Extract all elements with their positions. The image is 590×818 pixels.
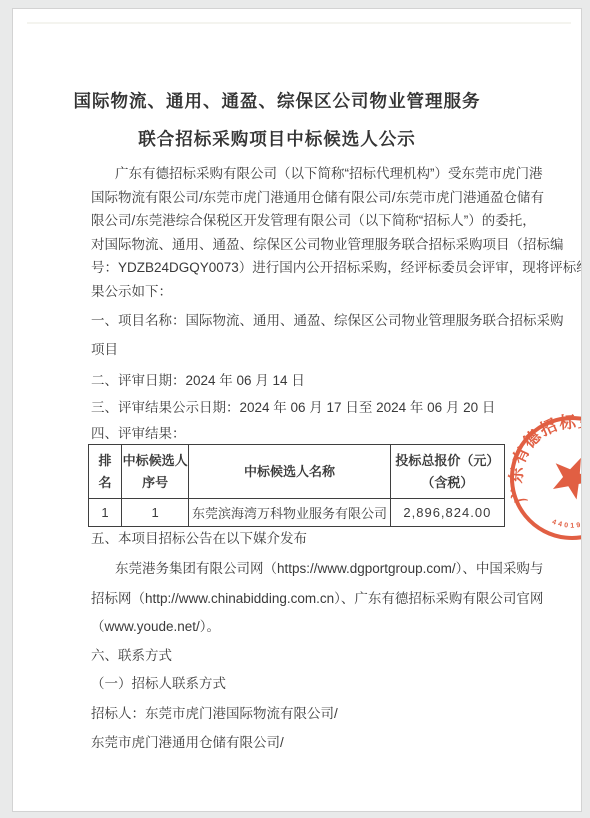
seal-star-icon — [546, 449, 582, 502]
section-review-result-label: 四、评审结果： — [91, 424, 186, 444]
table-header-candidate-name: 中标候选人名称 — [189, 445, 390, 499]
intro-line: 号：YDZB24DGQY0073）进行国内公开招标采购，经评标委员会评审，现将评… — [91, 256, 551, 280]
company-seal: 广东有德招标采购有限公司 44019 — [497, 403, 582, 553]
section-review-date: 二、评审日期：2024 年 06 月 14 日 — [91, 371, 305, 391]
contact-tenderer-line-2: 东莞市虎门港通用仓储有限公司/ — [91, 733, 284, 753]
cell-bid-price: 2,896,824.00 — [390, 499, 504, 527]
section-publicity-date: 三、评审结果公示日期：2024 年 06 月 17 日至 2024 年 06 月… — [91, 398, 495, 418]
cell-rank: 1 — [89, 499, 122, 527]
cell-candidate-seq: 1 — [122, 499, 189, 527]
table-header-rank: 排 名 — [89, 445, 122, 499]
page-title-line-1: 国际物流、通用、通盈、综保区公司物业管理服务 — [13, 82, 541, 120]
document-page: 国际物流、通用、通盈、综保区公司物业管理服务 联合招标采购项目中标候选人公示 广… — [12, 8, 582, 812]
table-header-candidate-seq: 中标候选人 序号 — [122, 445, 189, 499]
cell-candidate-name: 东莞滨海湾万科物业服务有限公司 — [189, 499, 390, 527]
section-media-label: 五、本项目招标公告在以下媒介发布 — [91, 529, 307, 549]
intro-line: 广东有德招标采购有限公司（以下简称“招标代理机构”）受东莞市虎门港 — [91, 162, 551, 186]
table-header-bid-price: 投标总报价（元） （含税） — [390, 445, 504, 499]
contact-tenderer-line-1: 招标人：东莞市虎门港国际物流有限公司/ — [91, 704, 338, 724]
section-project-name: 一、项目名称：国际物流、通用、通盈、综保区公司物业管理服务联合招标采购 — [91, 311, 564, 331]
section-contact-label: 六、联系方式 — [91, 646, 172, 666]
intro-line: 对国际物流、通用、通盈、综保区公司物业管理服务联合招标采购项目（招标编 — [91, 233, 551, 257]
intro-paragraph: 广东有德招标采购有限公司（以下简称“招标代理机构”）受东莞市虎门港 国际物流有限… — [91, 162, 551, 303]
page-title: 国际物流、通用、通盈、综保区公司物业管理服务 联合招标采购项目中标候选人公示 — [13, 82, 541, 158]
media-paragraph-line: 东莞港务集团有限公司网（https://www.dgportgroup.com/… — [91, 559, 543, 579]
seal-circle — [506, 412, 582, 544]
page-title-line-2: 联合招标采购项目中标候选人公示 — [13, 120, 541, 158]
media-paragraph-line: 招标网（http://www.chinabidding.com.cn）、广东有德… — [91, 589, 543, 609]
results-table: 排 名 中标候选人 序号 中标候选人名称 投标总报价（元） （含税） 1 1 东… — [88, 444, 505, 527]
intro-line: 国际物流有限公司/东莞市虎门港通用仓储有限公司/东莞市虎门港通盈仓储有 — [91, 186, 551, 210]
seal-number-text: 44019 — [551, 518, 582, 531]
intro-line: 果公示如下： — [91, 280, 551, 304]
scan-artifact-line — [27, 22, 571, 24]
table-row: 1 1 东莞滨海湾万科物业服务有限公司 2,896,824.00 — [89, 499, 505, 527]
media-paragraph-line: （www.youde.net/）。 — [91, 617, 220, 637]
table-header-row: 排 名 中标候选人 序号 中标候选人名称 投标总报价（元） （含税） — [89, 445, 505, 499]
contact-tenderer-sub-label: （一）招标人联系方式 — [91, 674, 226, 694]
intro-line: 限公司/东莞港综合保税区开发管理有限公司（以下简称“招标人”）的委托， — [91, 209, 551, 233]
seal-company-text: 广东有德招标采购有限公司 — [502, 405, 582, 519]
section-project-name-wrap: 项目 — [91, 340, 118, 360]
